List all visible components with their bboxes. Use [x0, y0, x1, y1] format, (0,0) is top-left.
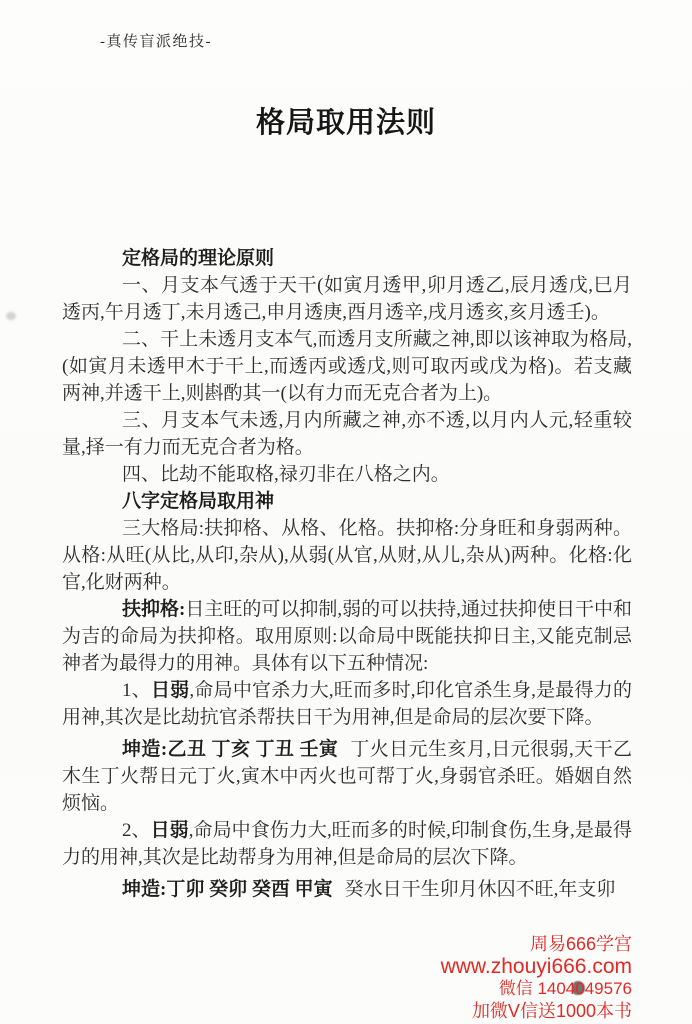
doc-header-label: -真传盲派绝技- [100, 30, 212, 51]
paragraph-kunzao-2-body: 癸水日干生卯月休囚不旺,年支卯 [345, 879, 616, 900]
paragraph-kunzao-1: 坤造:乙丑 丁亥 丁丑 壬寅丁火日元生亥月,日元很弱,天干乙木生丁火帮日元丁火,… [62, 736, 632, 817]
paragraph-rule-1: 一、月支本气透于天干(如寅月透甲,卯月透乙,辰月透戊,巳月透丙,午月透丁,未月透… [62, 272, 632, 326]
doc-title: 格局取用法则 [0, 100, 692, 141]
document-body: 定格局的理论原则 一、月支本气透于天干(如寅月透甲,卯月透乙,辰月透戊,巳月透丙… [62, 245, 632, 903]
watermark-site-name: 周易666学宫 [441, 934, 632, 955]
paragraph-rule-2: 二、干上未透月支本气,而透月支所藏之神,即以该神取为格局,(如寅月未透甲木于干上… [62, 326, 632, 407]
watermark-url: www.zhouyi666.com [441, 955, 632, 978]
paragraph-case-2-number: 2、 [122, 820, 151, 841]
scan-margin-mark [6, 312, 16, 320]
paragraph-rule-3: 三、月支本气未透,月内所藏之神,亦不透,以月内人元,轻重较量,择一有力而无克合者… [62, 407, 632, 461]
paragraph-case-2: 2、日弱,命局中食伤力大,旺而多的时候,印制食伤,生身,是最得力的用神,其次是比… [62, 817, 632, 871]
paragraph-case-2-lead: 日弱 [151, 820, 189, 841]
paragraph-case-1-lead: 日弱 [151, 680, 189, 701]
paragraph-case-1: 1、日弱,命局中官杀力大,旺而多时,印化官杀生身,是最得力的用神,其次是比劫抗官… [62, 677, 632, 731]
paragraph-kunzao-2: 坤造:丁卯 癸卯 癸酉 甲寅癸水日干生卯月休囚不旺,年支卯 [62, 876, 632, 903]
section-heading-theory: 定格局的理论原则 [62, 245, 632, 272]
paragraph-kunzao-1-chart: 坤造:乙丑 丁亥 丁丑 壬寅 [122, 739, 338, 760]
scanned-document-page: -真传盲派绝技- 格局取用法则 定格局的理论原则 一、月支本气透于天干(如寅月透… [0, 0, 692, 1024]
paragraph-fuyige-lead: 扶抑格: [122, 599, 185, 620]
paragraph-case-1-number: 1、 [122, 680, 151, 701]
watermark-block: 周易666学宫 www.zhouyi666.com 微信 1404049576 … [441, 934, 632, 1022]
paragraph-fuyige: 扶抑格:日主旺的可以抑制,弱的可以扶持,通过扶抑使日干中和为吉的命局为扶抑格。取… [62, 596, 632, 677]
paragraph-three-patterns: 三大格局:扶抑格、从格、化格。扶抑格:分身旺和身弱两种。从格:从旺(从比,从印,… [62, 515, 632, 596]
section-heading-yongshen: 八字定格局取用神 [62, 488, 632, 515]
paragraph-kunzao-2-chart: 坤造:丁卯 癸卯 癸酉 甲寅 [122, 879, 333, 900]
watermark-promo: 加微V信送1000本书 [441, 1000, 632, 1022]
paragraph-rule-4: 四、比劫不能取格,禄刃非在八格之内。 [62, 461, 632, 488]
watermark-wechat: 微信 1404049576 [441, 978, 632, 1000]
